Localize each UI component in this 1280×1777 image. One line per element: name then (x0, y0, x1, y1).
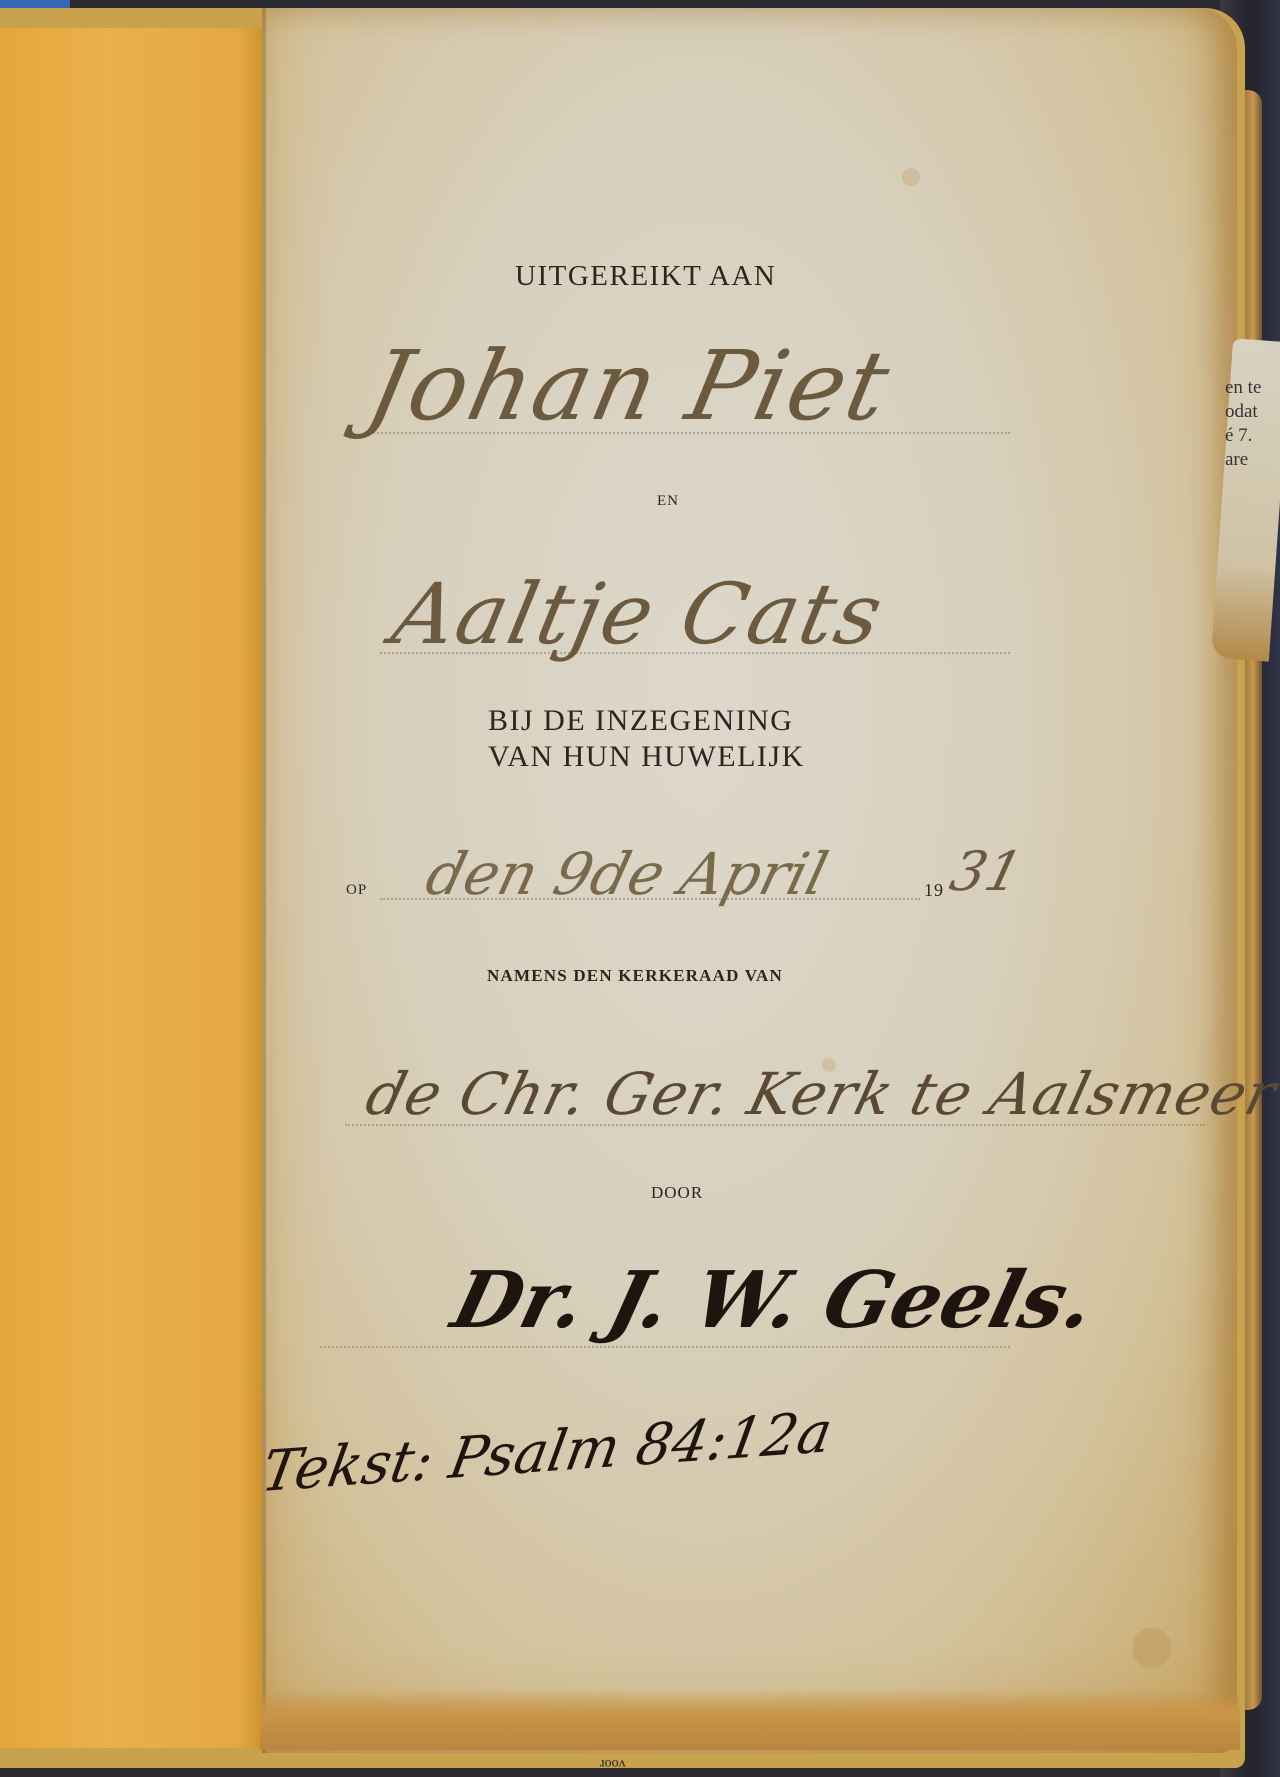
printed-and: EN (657, 493, 679, 510)
printed-blessing-line2: VAN HUN HUWELIJK (488, 740, 805, 774)
handwritten-pastor-signature: Dr. J. W. Geels. (444, 1255, 1104, 1346)
printed-on-behalf: NAMENS DEN KERKERAAD VAN (487, 966, 783, 986)
page-bottom-damage (260, 1690, 1240, 1750)
handwritten-date: den 9de April (420, 840, 835, 908)
yellow-endpaper-flap (0, 28, 265, 1748)
paper-stain (902, 168, 920, 186)
scrap-fragment-text: en te odat é 7. are (1225, 376, 1280, 472)
bottom-fragment-text: voor (600, 1755, 626, 1771)
handwritten-bride-name: Aaltje Cats (385, 565, 893, 663)
printed-by: DOOR (651, 1183, 703, 1203)
handwritten-church: de Chr. Ger. Kerk te Aalsmeer (360, 1060, 1280, 1128)
handwritten-groom-name: Johan Piet (358, 330, 900, 442)
printed-issued-to: UITGEREIKT AAN (515, 260, 776, 293)
printed-on: OP (346, 882, 367, 899)
paper-stain (1132, 1628, 1172, 1668)
pastor-dotted-line (320, 1346, 1010, 1348)
printed-blessing-line1: BIJ DE INZEGENING (488, 704, 793, 738)
printed-year-prefix: 19 (924, 880, 944, 901)
